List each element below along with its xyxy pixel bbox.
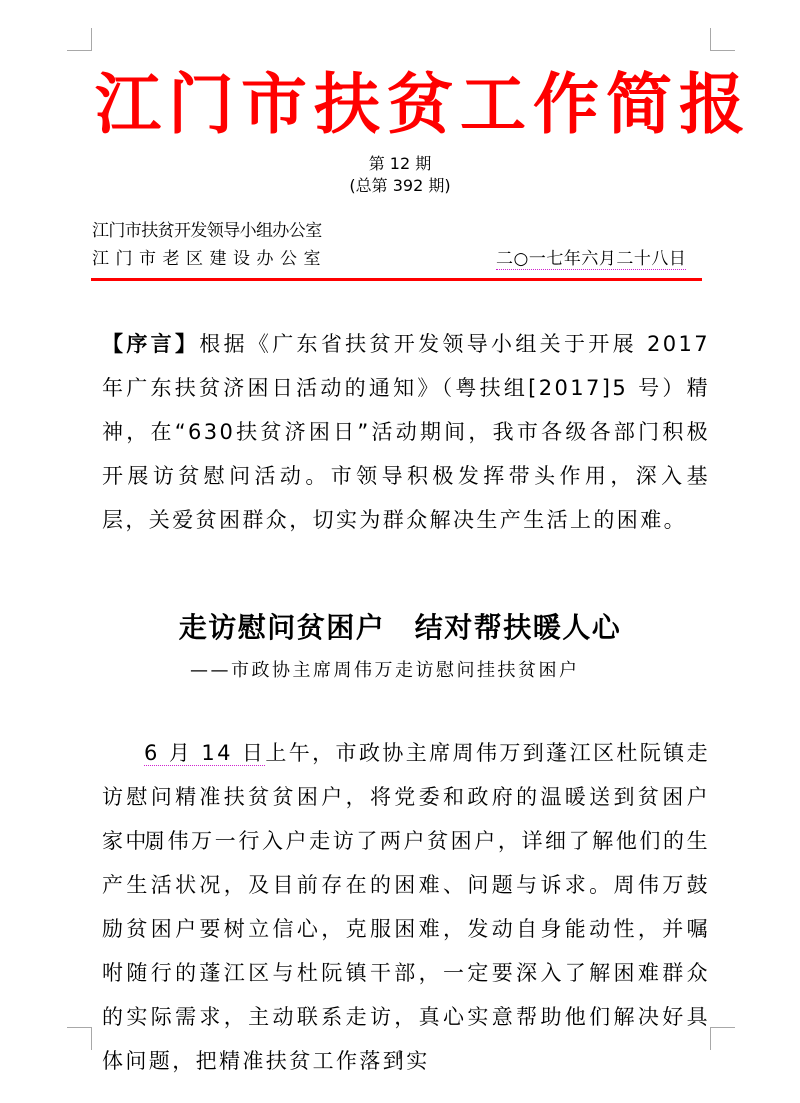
article-paragraph: 周伟万一行入户走访了两户贫困户，详细了解他们的生产生活状况，及目前存在的困难、问…	[102, 819, 710, 1083]
issue-total-number: (总第 392 期)	[0, 176, 800, 196]
margin-corner-mark-bottom-right	[710, 1027, 735, 1050]
red-divider-line	[91, 278, 702, 281]
issue-date: 二○一七年六月二十八日	[496, 249, 686, 270]
article-subtitle: ——市政协主席周伟万走访慰问挂扶贫困户	[190, 659, 580, 683]
preface-text: 根据《广东省扶贫开发领导小组关于开展 2017 年广东扶贫济困日活动的通知》（粤…	[102, 332, 710, 532]
issue-number: 第 12 期	[0, 154, 800, 174]
preface-paragraph: 【序言】根据《广东省扶贫开发领导小组关于开展 2017 年广东扶贫济困日活动的通…	[102, 322, 710, 542]
margin-corner-mark-top-left	[67, 28, 92, 51]
article-paragraph-text: 周伟万一行入户走访了两户贫困户，详细了解他们的生产生活状况，及目前存在的困难、问…	[102, 829, 710, 1073]
margin-corner-mark-top-right	[710, 28, 735, 51]
preface-label: 【序言】	[102, 332, 199, 356]
margin-corner-mark-bottom-left	[67, 1027, 92, 1050]
issuer-poverty-office: 江门市扶贫开发领导小组办公室	[92, 221, 322, 241]
masthead-title: 江门市扶贫工作简报	[95, 62, 705, 146]
article-title: 走访慰问贫困户 结对帮扶暖人心	[0, 608, 800, 648]
page-number: 1	[0, 1048, 800, 1062]
article-date-text: 6 月 14 日	[144, 741, 265, 766]
issuer-old-area-office: 江门市老区建设办公室	[92, 249, 327, 269]
